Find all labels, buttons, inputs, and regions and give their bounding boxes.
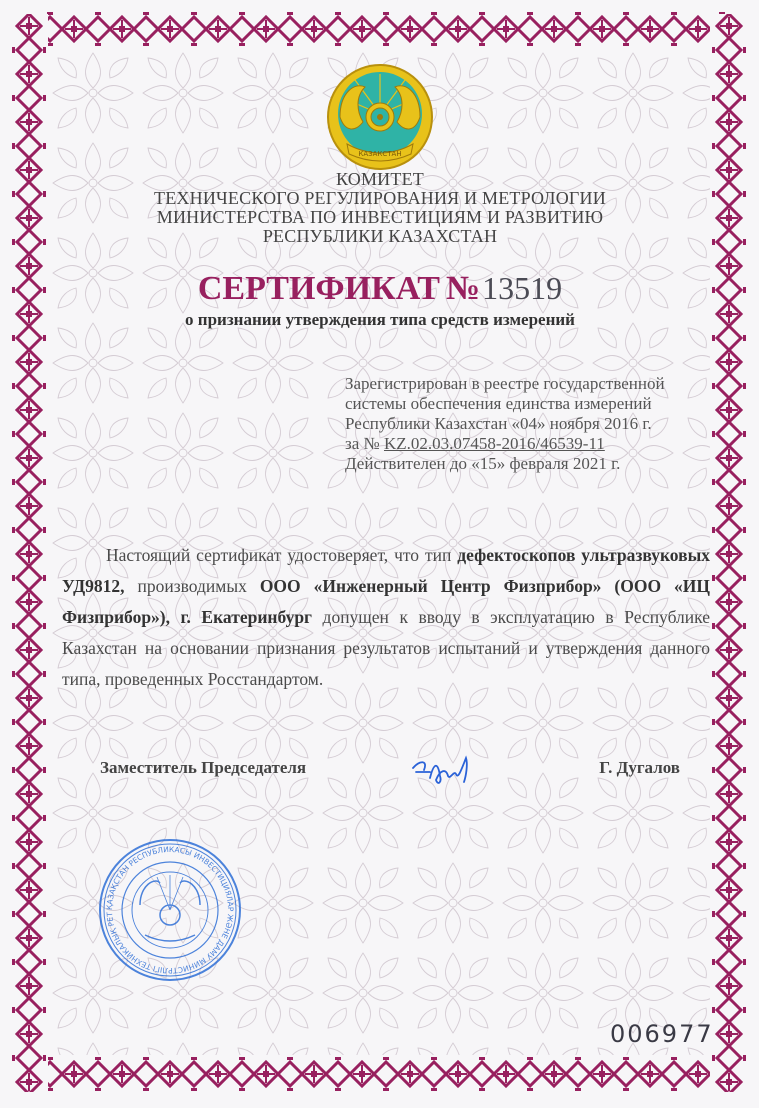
body-text: производимых: [125, 576, 260, 596]
signatory-name: Г. Дугалов: [599, 758, 680, 778]
registry-number-prefix: за №: [345, 434, 384, 453]
certificate-page: КАЗАКСТАН КОМИТЕТ ТЕХНИЧЕСКОГО РЕГУЛИРОВ…: [0, 0, 759, 1108]
signature-row: Заместитель Председателя Г. Дугалов: [100, 758, 680, 788]
ornamental-border-bottom: [14, 1055, 744, 1093]
official-seal-icon: ҚАЗАҚСТАН РЕСПУБЛИКАСЫ ИНВЕСТИЦИЯЛАР ЖӘН…: [95, 835, 245, 985]
ornamental-border-left: [10, 14, 48, 1092]
certificate-number: 13519: [482, 270, 562, 306]
serial-number: 006977: [610, 1020, 714, 1048]
number-sign: №: [446, 270, 480, 307]
ornamental-border-right: [710, 14, 748, 1092]
kazakhstan-emblem-icon: КАЗАКСТАН: [325, 62, 435, 172]
signatory-position: Заместитель Председателя: [100, 758, 306, 778]
registry-line: Республики Казахстан «04» ноября 2016 г.: [345, 414, 725, 434]
header-line: РЕСПУБЛИКИ КАЗАХСТАН: [60, 227, 700, 246]
registry-number: KZ.02.03.07458-2016/46539-11: [384, 434, 605, 453]
handwritten-signature-icon: [408, 750, 478, 790]
certificate-subtitle: о признании утверждения типа средств изм…: [60, 310, 700, 330]
svg-text:КАЗАКСТАН: КАЗАКСТАН: [358, 150, 401, 158]
header-line: ТЕХНИЧЕСКОГО РЕГУЛИРОВАНИЯ И МЕТРОЛОГИИ: [60, 189, 700, 208]
issuer-header: КОМИТЕТ ТЕХНИЧЕСКОГО РЕГУЛИРОВАНИЯ И МЕТ…: [60, 170, 700, 246]
registry-line: за № KZ.02.03.07458-2016/46539-11: [345, 434, 725, 454]
registry-line: Зарегистрирован в реестре государственно…: [345, 374, 725, 394]
certificate-body: Настоящий сертификат удостоверяет, что т…: [62, 540, 710, 695]
body-text: Настоящий сертификат удостоверяет, что т…: [106, 545, 457, 565]
ornamental-border-top: [14, 10, 744, 48]
registry-line: системы обеспечения единства измерений: [345, 394, 725, 414]
certificate-title: СЕРТИФИКАТ№13519: [60, 270, 700, 308]
certificate-word: СЕРТИФИКАТ: [198, 270, 440, 307]
registry-block: Зарегистрирован в реестре государственно…: [345, 374, 725, 474]
validity-line: Действителен до «15» февраля 2021 г.: [345, 454, 725, 474]
header-line: КОМИТЕТ: [60, 170, 700, 189]
header-line: МИНИСТЕРСТВА ПО ИНВЕСТИЦИЯМ И РАЗВИТИЮ: [60, 208, 700, 227]
